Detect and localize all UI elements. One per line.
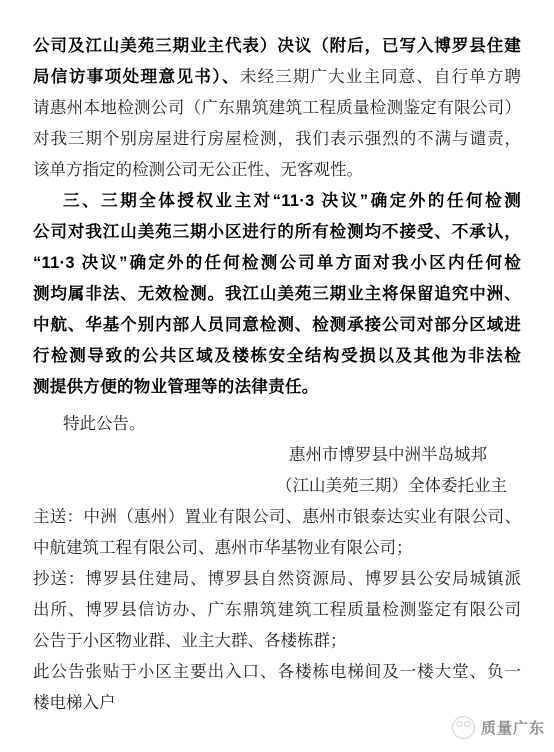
text-segment: 出所、博罗县信访办、广东鼎筑建筑工程质量检测鉴定有限公司 [33,600,521,619]
document-line: 惠州市博罗县中洲半岛城邦 [33,439,521,470]
bold-text-segment: 三、三期全体授权业主对“11·3 决议”确定外的任何检测 [63,192,521,210]
bold-text-segment: 测提供方便的物业管理等的法律责任。 [33,378,319,396]
bold-text-segment: “11·3 决议”确定外的任何检测公司单方面对我小区内任何检 [33,254,521,272]
watermark-label: 质量广东 [481,717,545,738]
document-line: 局信访事项处理意见书）、未经三期广大业主同意、自行单方聘 [33,61,521,92]
text-segment: 未经三期广大业主同意、自行单方聘 [240,67,521,86]
bold-text-segment: 测均属非法、无效检测。我江山美苑三期业主将保留追究中洲、 [33,285,521,303]
document-line: 行检测导致的公共区域及楼栋安全结构受损以及其他为非法检 [33,340,521,371]
bold-text-segment: 行检测导致的公共区域及楼栋安全结构受损以及其他为非法检 [33,347,521,365]
document-line: 公司及江山美苑三期业主代表）决议（附后，已写入博罗县住建 [33,30,521,61]
bold-text-segment: 中航、华基个别内部人员同意检测、检测承接公司对部分区域进 [33,316,521,334]
document-line: （江山美苑三期）全体委托业主 [33,470,521,501]
document-line: “11·3 决议”确定外的任何检测公司单方面对我小区内任何检 [33,247,521,278]
text-segment: 惠州市博罗县中洲半岛城邦 [289,445,487,464]
document-line: 此公告张贴于小区主要出入口、各楼栋电梯间及一楼大堂、负一 [33,656,521,687]
text-segment: （江山美苑三期）全体委托业主 [276,476,507,495]
text-segment: 请惠州本地检测公司（广东鼎筑建筑工程质量检测鉴定有限公司） [33,98,521,117]
document-line: 对我三期个别房屋进行房屋检测，我们表示强烈的不满与谴责， [33,123,521,154]
text-segment: 楼电梯入户 [33,693,116,712]
document-line: 三、三期全体授权业主对“11·3 决议”确定外的任何检测 [33,185,521,216]
watermark: 质量广东 [452,716,545,739]
document-line: 主送：中洲（惠州）置业有限公司、惠州市银泰达实业有限公司、 [33,501,521,532]
document-line: 特此公告。 [33,408,521,439]
announcement-document: 公司及江山美苑三期业主代表）决议（附后，已写入博罗县住建局信访事项处理意见书）、… [33,30,521,718]
document-line: 出所、博罗县信访办、广东鼎筑建筑工程质量检测鉴定有限公司 [33,594,521,625]
document-line: 测均属非法、无效检测。我江山美苑三期业主将保留追究中洲、 [33,278,521,309]
text-segment: 公告于小区物业群、业主大群、各楼栋群； [33,631,347,650]
document-line: 请惠州本地检测公司（广东鼎筑建筑工程质量检测鉴定有限公司） [33,92,521,123]
bold-text-segment: 公司对我江山美苑三期小区进行的所有检测均不接受、不承认， [33,223,521,241]
text-segment: 中航建筑工程有限公司、惠州市华基物业有限公司； [33,538,413,557]
text-segment: 此公告张贴于小区主要出入口、各楼栋电梯间及一楼大堂、负一 [33,662,521,681]
document-lines: 公司及江山美苑三期业主代表）决议（附后，已写入博罗县住建局信访事项处理意见书）、… [33,30,521,718]
bold-text-segment: 局信访事项处理意见书）、 [33,68,240,86]
document-line: 该单方指定的检测公司无公正性、无客观性。 [33,154,521,185]
document-line: 测提供方便的物业管理等的法律责任。 [33,371,521,402]
text-segment: 特此公告。 [63,414,146,433]
text-segment: 该单方指定的检测公司无公正性、无客观性。 [33,160,363,179]
document-line: 抄送：博罗县住建局、博罗县自然资源局、博罗县公安局城镇派 [33,563,521,594]
text-segment: 主送：中洲（惠州）置业有限公司、惠州市银泰达实业有限公司、 [33,507,521,526]
document-line: 楼电梯入户 [33,687,521,718]
document-line: 中航建筑工程有限公司、惠州市华基物业有限公司； [33,532,521,563]
bold-text-segment: 公司及江山美苑三期业主代表）决议（附后，已写入博罗县住建 [33,37,521,55]
text-segment: 对我三期个别房屋进行房屋检测，我们表示强烈的不满与谴责， [33,129,521,148]
mascot-logo-icon [452,716,475,739]
document-line: 中航、华基个别内部人员同意检测、检测承接公司对部分区域进 [33,309,521,340]
document-line: 公告于小区物业群、业主大群、各楼栋群； [33,625,521,656]
text-segment: 抄送：博罗县住建局、博罗县自然资源局、博罗县公安局城镇派 [33,569,521,588]
document-line: 公司对我江山美苑三期小区进行的所有检测均不接受、不承认， [33,216,521,247]
